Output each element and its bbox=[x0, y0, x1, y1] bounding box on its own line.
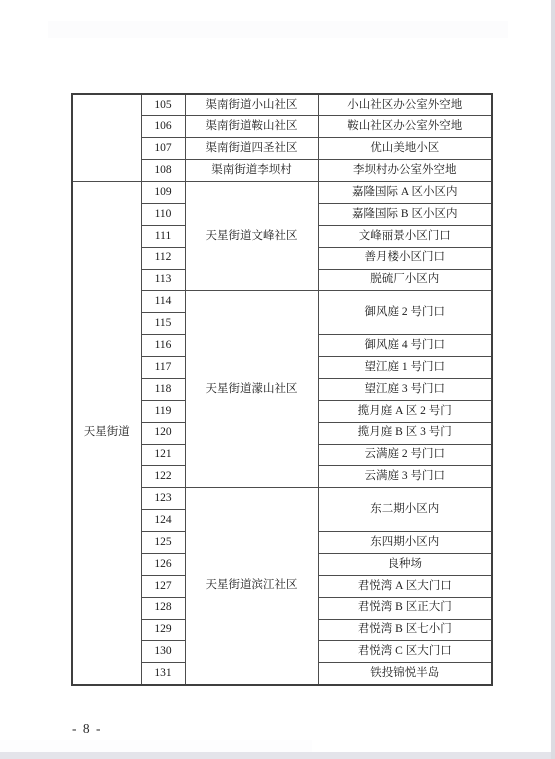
row-number-cell: 125 bbox=[141, 532, 185, 554]
location-cell: 君悦湾 A 区大门口 bbox=[318, 575, 492, 597]
page-number: - 8 - bbox=[72, 721, 102, 737]
location-cell: 良种场 bbox=[318, 553, 492, 575]
location-cell: 揽月庭 A 区 2 号门 bbox=[318, 400, 492, 422]
location-cell: 御风庭 2 号门口 bbox=[318, 291, 492, 335]
row-number-cell: 119 bbox=[141, 400, 185, 422]
row-number-cell: 105 bbox=[141, 94, 185, 116]
row-number-cell: 121 bbox=[141, 444, 185, 466]
location-cell: 御风庭 4 号门口 bbox=[318, 335, 492, 357]
row-number-cell: 116 bbox=[141, 335, 185, 357]
row-number-cell: 109 bbox=[141, 182, 185, 204]
row-number-cell: 110 bbox=[141, 203, 185, 225]
community-cell: 渠南街道李坝村 bbox=[185, 160, 318, 182]
location-cell: 嘉隆国际 B 区小区内 bbox=[318, 203, 492, 225]
location-cell: 云满庭 3 号门口 bbox=[318, 466, 492, 488]
location-cell: 东四期小区内 bbox=[318, 532, 492, 554]
location-cell: 小山社区办公室外空地 bbox=[318, 94, 492, 116]
location-cell: 云满庭 2 号门口 bbox=[318, 444, 492, 466]
collection-points-table: 105渠南街道小山社区小山社区办公室外空地106渠南街道鞍山社区鞍山社区办公室外… bbox=[71, 93, 493, 686]
row-number-cell: 123 bbox=[141, 488, 185, 510]
row-number-cell: 112 bbox=[141, 247, 185, 269]
community-cell: 渠南街道四圣社区 bbox=[185, 138, 318, 160]
row-number-cell: 107 bbox=[141, 138, 185, 160]
location-cell: 铁投锦悦半岛 bbox=[318, 663, 492, 685]
row-number-cell: 113 bbox=[141, 269, 185, 291]
row-number-cell: 106 bbox=[141, 116, 185, 138]
table-row: 105渠南街道小山社区小山社区办公室外空地 bbox=[72, 94, 492, 116]
location-cell: 君悦湾 B 区七小门 bbox=[318, 619, 492, 641]
row-number-cell: 108 bbox=[141, 160, 185, 182]
location-cell: 望江庭 3 号门口 bbox=[318, 378, 492, 400]
location-cell: 揽月庭 B 区 3 号门 bbox=[318, 422, 492, 444]
location-cell: 善月楼小区门口 bbox=[318, 247, 492, 269]
street-cell: 天星街道 bbox=[72, 182, 141, 685]
row-number-cell: 118 bbox=[141, 378, 185, 400]
location-cell: 君悦湾 C 区大门口 bbox=[318, 641, 492, 663]
row-number-cell: 117 bbox=[141, 357, 185, 379]
row-number-cell: 129 bbox=[141, 619, 185, 641]
row-number-cell: 124 bbox=[141, 510, 185, 532]
location-cell: 李坝村办公室外空地 bbox=[318, 160, 492, 182]
row-number-cell: 131 bbox=[141, 663, 185, 685]
street-cell bbox=[72, 94, 141, 182]
community-cell: 天星街道滨江社区 bbox=[185, 488, 318, 685]
community-cell: 渠南街道小山社区 bbox=[185, 94, 318, 116]
location-cell: 脱硫厂小区内 bbox=[318, 269, 492, 291]
location-cell: 东二期小区内 bbox=[318, 488, 492, 532]
scanned-document-page: { "page": { "number_label": "- 8 -" }, "… bbox=[0, 0, 555, 759]
row-number-cell: 120 bbox=[141, 422, 185, 444]
row-number-cell: 130 bbox=[141, 641, 185, 663]
row-number-cell: 127 bbox=[141, 575, 185, 597]
community-cell: 渠南街道鞍山社区 bbox=[185, 116, 318, 138]
row-number-cell: 128 bbox=[141, 597, 185, 619]
table-row: 天星街道109天星街道文峰社区嘉隆国际 A 区小区内 bbox=[72, 182, 492, 204]
row-number-cell: 122 bbox=[141, 466, 185, 488]
location-cell: 望江庭 1 号门口 bbox=[318, 357, 492, 379]
community-cell: 天星街道文峰社区 bbox=[185, 182, 318, 291]
row-number-cell: 126 bbox=[141, 553, 185, 575]
scan-artifact-right-edge bbox=[551, 0, 555, 759]
location-cell: 优山美地小区 bbox=[318, 138, 492, 160]
location-cell: 嘉隆国际 A 区小区内 bbox=[318, 182, 492, 204]
row-number-cell: 115 bbox=[141, 313, 185, 335]
location-cell: 君悦湾 B 区正大门 bbox=[318, 597, 492, 619]
row-number-cell: 111 bbox=[141, 225, 185, 247]
community-cell: 天星街道濛山社区 bbox=[185, 291, 318, 488]
row-number-cell: 114 bbox=[141, 291, 185, 313]
location-cell: 文峰丽景小区门口 bbox=[318, 225, 492, 247]
location-cell: 鞍山社区办公室外空地 bbox=[318, 116, 492, 138]
table-body: 105渠南街道小山社区小山社区办公室外空地106渠南街道鞍山社区鞍山社区办公室外… bbox=[72, 94, 492, 685]
scan-artifact-bottom-strip bbox=[0, 752, 555, 759]
scan-artifact-top-band bbox=[48, 21, 508, 38]
